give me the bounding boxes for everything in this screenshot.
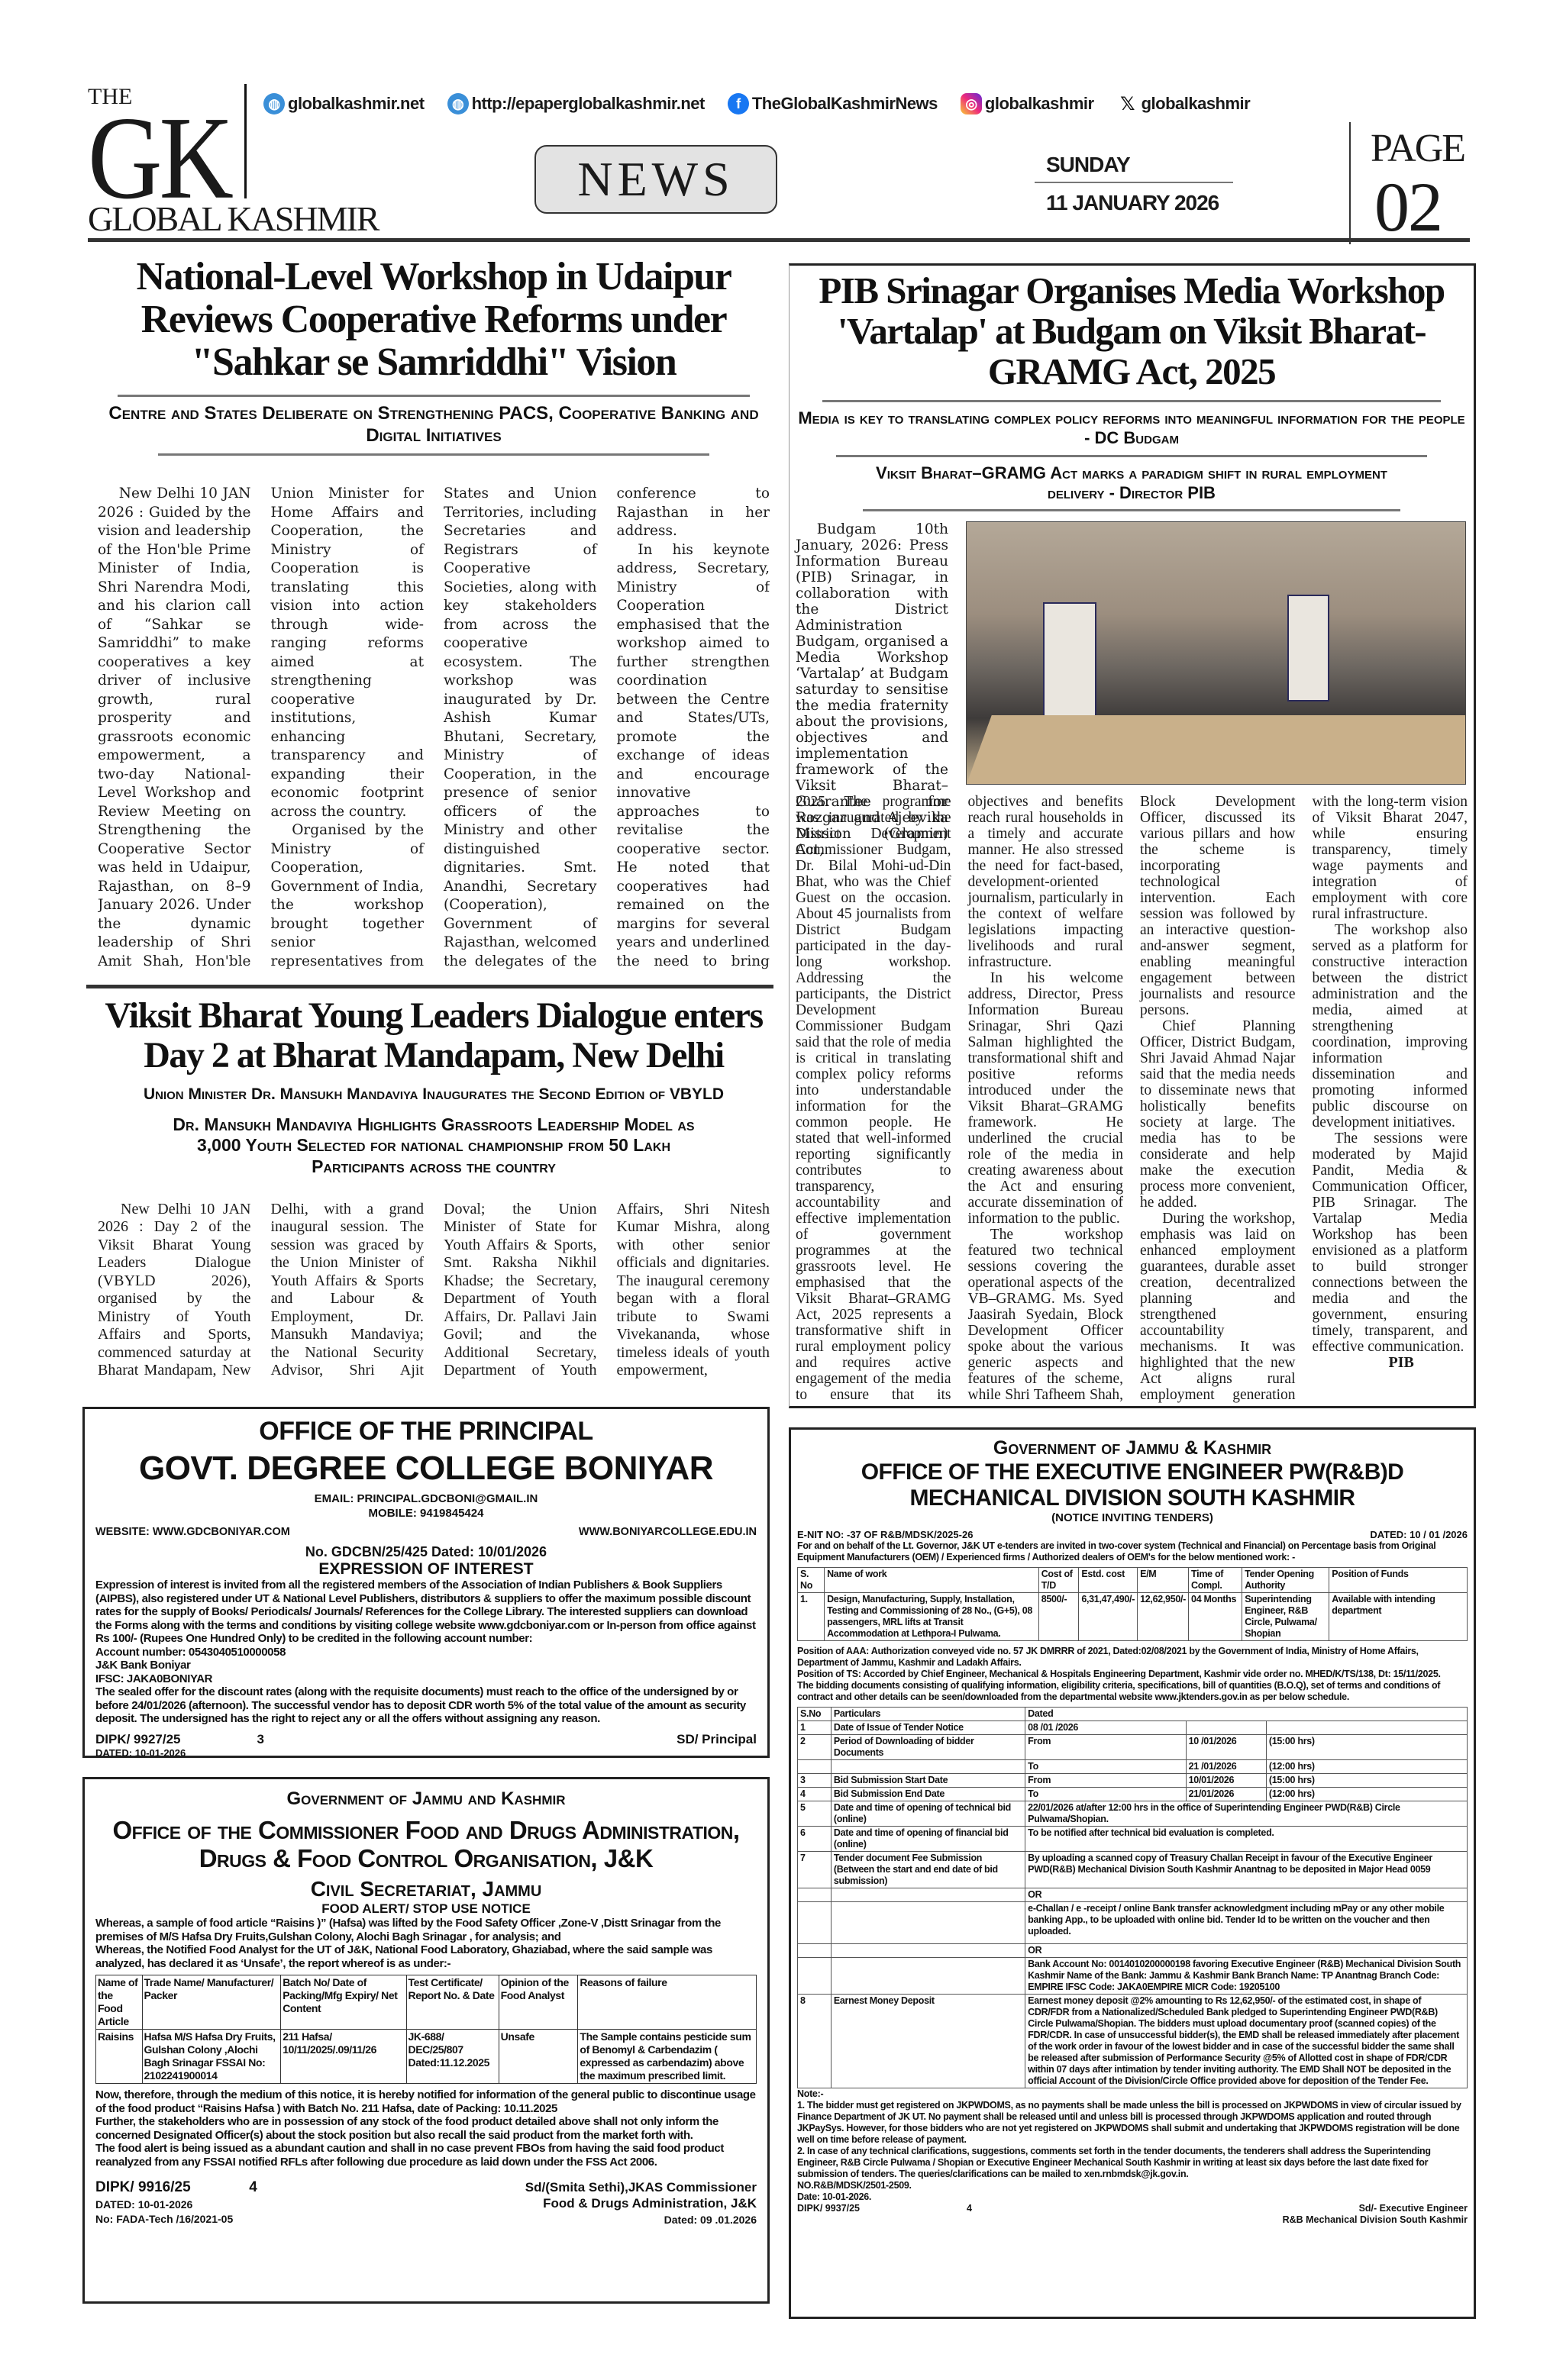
table-row: Raisins Hafsa M/S Hafsa Dry Fruits, Guls… <box>96 2030 757 2084</box>
table-header: S.No <box>798 1708 832 1721</box>
ad-ifsc: IFSC: JAKA0BONIYAR <box>95 1672 757 1686</box>
table-cell: Date and time of opening of financial bi… <box>831 1827 1025 1852</box>
article-headline: Viksit Bharat Young Leaders Dialogue ent… <box>98 996 770 1076</box>
ad-website-right: WWW.BONIYARCOLLEGE.EDU.IN <box>579 1526 757 1538</box>
table-cell <box>1186 1721 1266 1735</box>
table-cell: Date and time of opening of technical bi… <box>831 1801 1025 1827</box>
article-source: PIB <box>1313 1355 1468 1371</box>
table-cell: (15:00 hrs) <box>1266 1774 1467 1788</box>
ad-dated: DATED: 10-01-2026 <box>95 1747 757 1759</box>
ad-note: 2. In case of any technical clarificatio… <box>797 2146 1468 2180</box>
ad-body: Further, the stakeholders who are in pos… <box>95 2115 757 2142</box>
ad-office: OFFICE OF THE EXECUTIVE ENGINEER PW(R&B)… <box>797 1459 1468 1485</box>
ad-account: Account number: 0543040510000058 <box>95 1646 757 1659</box>
workshop-photo: Media Workshop Vartalap session at Budga… <box>966 521 1466 785</box>
ad-body: Now, therefore, through the medium of th… <box>95 2088 757 2115</box>
table-cell: 12,62,950/- <box>1138 1593 1189 1641</box>
masthead: THE GK GLOBAL KASHMIR ◍globalkashmir.net… <box>88 84 1470 240</box>
table-cell: 21/01/2026 <box>1186 1788 1266 1801</box>
ad-government: Government of Jammu and Kashmir <box>95 1788 757 1810</box>
ad-dipk: DIPK/ 9916/25 <box>95 2179 191 2195</box>
table-cell: JK-688/ DEC/25/807 Dated:11.12.2025 <box>406 2030 499 2084</box>
ad-email: EMAIL: PRINCIPAL.GDCBONI@GMAIL.IN <box>95 1492 757 1505</box>
ad-notice-type: FOOD ALERT/ STOP USE NOTICE <box>95 1901 757 1917</box>
table-row: 5Date and time of opening of technical b… <box>798 1801 1468 1827</box>
table-header-row: S.No Particulars Dated <box>798 1708 1468 1721</box>
table-cell <box>831 1888 1025 1902</box>
table-cell: By uploading a scanned copy of Treasury … <box>1025 1852 1468 1888</box>
table-cell: 1. <box>798 1593 825 1641</box>
logo-global-kashmir: GLOBAL KASHMIR <box>88 198 378 239</box>
article-paragraph: In his welcome address, Director, Press … <box>968 970 1124 1227</box>
photo-banner <box>1287 595 1329 701</box>
table-cell <box>798 1888 832 1902</box>
social-link-facebook[interactable]: fTheGlobalKashmirNews <box>728 93 938 114</box>
masthead-rule <box>88 238 1470 242</box>
ad-signatory: Sd/(Smita Sethi),JKAS Commissioner <box>525 2179 757 2195</box>
ad-footer-left: DIPK/ 9916/25 DATED: 10-01-2026 No: FADA… <box>95 2179 233 2228</box>
ad-footer: DIPK/ 9916/25 DATED: 10-01-2026 No: FADA… <box>95 2179 757 2228</box>
ad-dipk: DIPK/ 9927/25 <box>95 1732 181 1747</box>
article-body: New Delhi 10 JAN 2026 : Day 2 of the Vik… <box>98 1201 770 1392</box>
article-subdeck: Dr. Mansukh Mandaviya Highlights Grassro… <box>172 1114 696 1178</box>
table-row: Bank Account No: 0014010200000198 favori… <box>798 1958 1468 1995</box>
table-cell: Tender document Fee Submission (Between … <box>831 1852 1025 1888</box>
article-paragraph: New Delhi 10 JAN 2026 : Day 2 of the Vik… <box>98 1201 770 1392</box>
facebook-icon: f <box>728 93 749 114</box>
table-cell: 1 <box>798 1721 832 1735</box>
rule <box>118 395 749 397</box>
article-headline: PIB Srinagar Organises Media Workshop 'V… <box>796 271 1468 392</box>
table-cell: Bank Account No: 0014010200000198 favori… <box>1025 1958 1468 1995</box>
social-link-website[interactable]: ◍globalkashmir.net <box>263 93 425 114</box>
ad-signature: Sd/(Smita Sethi),JKAS Commissioner Food … <box>525 2179 757 2228</box>
ad-website-left: WEBSITE: WWW.GDCBONIYAR.COM <box>95 1526 290 1538</box>
ad-reference: No. GDCBN/25/425 Dated: 10/01/2026 <box>95 1544 757 1560</box>
table-cell: 21 /01/2026 <box>1186 1760 1266 1774</box>
table-header: Reasons of failure <box>578 1975 757 2030</box>
article-deck: Centre and States Deliberate on Strength… <box>98 403 770 447</box>
ad-food-alert: Government of Jammu and Kashmir Office o… <box>82 1777 770 2304</box>
ad-intro: Whereas, the Notified Food Analyst for t… <box>95 1943 757 1970</box>
table-header: Particulars <box>831 1708 1025 1721</box>
page-number: 02 <box>1374 166 1442 247</box>
article-paragraph: In his keynote address, Secretary, Minis… <box>617 485 770 981</box>
ad-ref-row: E-NIT NO: -37 OF R&B/MDSK/2025-26 DATED:… <box>797 1529 1468 1540</box>
social-link-x[interactable]: 𝕏globalkashmir <box>1117 93 1251 114</box>
ad-body: The food alert is being issued as a abun… <box>95 2142 757 2169</box>
table-cell <box>798 1958 832 1995</box>
table-cell: Bid Submission End Date <box>831 1788 1025 1801</box>
table-cell: To <box>1025 1760 1186 1774</box>
ad-tender-notice: Government of Jammu & Kashmir OFFICE OF … <box>789 1427 1476 2319</box>
table-header: Time of Compl. <box>1189 1568 1242 1593</box>
section-badge: NEWS <box>534 145 777 214</box>
ad-signature-date: Dated: 09 .01.2026 <box>664 2214 757 2226</box>
logo-divider <box>244 84 247 198</box>
ad-date: Date: 10-01-2026. <box>797 2191 1468 2203</box>
table-cell: The Sample contains pesticide sum of Ben… <box>578 2030 757 2084</box>
table-cell: To be notified after technical bid evalu… <box>1025 1827 1468 1852</box>
ad-count: 3 <box>257 1732 677 1747</box>
article-subdeck: Viksit Bharat–GRAMG Act marks a paradigm… <box>863 463 1400 504</box>
issue-full-date: 11 JANUARY 2026 <box>1035 191 1233 215</box>
table-cell: 6,31,47,490/- <box>1079 1593 1138 1641</box>
social-label: globalkashmir.net <box>288 94 425 114</box>
social-label: TheGlobalKashmirNews <box>752 94 938 114</box>
ad-intro: Whereas, a sample of food article “Raisi… <box>95 1917 757 1943</box>
table-row: 1Date of Issue of Tender Notice08 /01 /2… <box>798 1721 1468 1735</box>
table-cell: Available with intending department <box>1329 1593 1468 1641</box>
table-cell: 7 <box>798 1852 832 1888</box>
table-cell: Earnest Money Deposit <box>831 1995 1025 2088</box>
table-row: 7Tender document Fee Submission (Between… <box>798 1852 1468 1888</box>
x-icon: 𝕏 <box>1117 93 1138 114</box>
table-header: Estd. cost <box>1079 1568 1138 1593</box>
article-headline: National-Level Workshop in Udaipur Revie… <box>98 256 770 384</box>
rule <box>863 509 1400 511</box>
table-row: e-Challan / e -receipt / online Bank tra… <box>798 1902 1468 1944</box>
table-header: S. No <box>798 1568 825 1593</box>
table-cell: Superintending Engineer, R&B Circle, Pul… <box>1242 1593 1329 1641</box>
table-cell: 22/01/2026 at/after 12:00 hrs in the off… <box>1025 1801 1468 1827</box>
ad-ts: Position of TS: Accorded by Chief Engine… <box>797 1669 1468 1680</box>
table-cell: From <box>1025 1735 1186 1760</box>
table-cell: (12:00 hrs) <box>1266 1788 1467 1801</box>
table-cell: Earnest money deposit @2% amounting to R… <box>1025 1995 1468 2088</box>
ad-bank: J&K Bank Boniyar <box>95 1659 757 1672</box>
ad-signature: Sd/- Executive Engineer R&B Mechanical D… <box>1283 2203 1468 2226</box>
article-deck: Media is key to translating complex poli… <box>796 408 1468 449</box>
table-header: Trade Name/ Manufacturer/ Packer <box>142 1975 281 2030</box>
table-header: Test Certificate/ Report No. & Date <box>406 1975 499 2030</box>
table-header: Dated <box>1025 1708 1468 1721</box>
table-cell: 3 <box>798 1774 832 1788</box>
ad-government: Government of Jammu & Kashmir <box>797 1437 1468 1459</box>
table-row: 8Earnest Money DepositEarnest money depo… <box>798 1995 1468 2088</box>
ad-signatory: Sd/- Executive Engineer <box>1359 2203 1468 2214</box>
table-row: To21 /01/2026(12:00 hrs) <box>798 1760 1468 1774</box>
table-cell: 4 <box>798 1788 832 1801</box>
globe-icon: ◍ <box>447 93 469 114</box>
table-cell: 10/01/2026 <box>1186 1774 1266 1788</box>
ad-closing: The sealed offer for the discount rates … <box>95 1685 757 1726</box>
table-cell: 8500/- <box>1038 1593 1079 1641</box>
table-header: E/M <box>1138 1568 1189 1593</box>
table-header: Name of the Food Article <box>96 1975 143 2030</box>
issue-date: SUNDAY 11 JANUARY 2026 <box>1035 153 1233 215</box>
social-label: globalkashmir <box>985 94 1094 114</box>
table-cell: Unsafe <box>499 2030 578 2084</box>
ad-note: 1. The bidder must get registered on JKP… <box>797 2100 1468 2146</box>
article-deck: Union Minister Dr. Mansukh Mandaviya Ina… <box>98 1085 770 1104</box>
article-vbyld: Viksit Bharat Young Leaders Dialogue ent… <box>98 996 770 1392</box>
instagram-icon: ◎ <box>961 93 982 114</box>
ad-footer: DIPK/ 9937/25 4 Sd/- Executive Engineer … <box>797 2203 1468 2226</box>
table-cell <box>798 1944 832 1958</box>
ad-footer: DIPK/ 9927/25 3 SD/ Principal <box>95 1732 757 1747</box>
table-cell <box>798 1902 832 1944</box>
table-cell: Period of Downloading of bidder Document… <box>831 1735 1025 1760</box>
table-header: Cost of T/D <box>1038 1568 1079 1593</box>
ad-title: OFFICE OF THE PRINCIPAL <box>95 1417 757 1446</box>
ad-location: Civil Secretariat, Jammu <box>95 1877 757 1901</box>
ad-enit: E-NIT NO: -37 OF R&B/MDSK/2025-26 <box>797 1529 973 1540</box>
photo-banner <box>1043 602 1096 724</box>
rule <box>836 455 1427 457</box>
table-cell: 10 /01/2026 <box>1186 1735 1266 1760</box>
table-cell: To <box>1025 1788 1186 1801</box>
ad-heading: EXPRESSION OF INTEREST <box>95 1560 757 1579</box>
table-row: 3Bid Submission Start DateFrom10/01/2026… <box>798 1774 1468 1788</box>
table-row: 6Date and time of opening of financial b… <box>798 1827 1468 1852</box>
table-cell <box>831 1902 1025 1944</box>
table-cell: 8 <box>798 1995 832 2088</box>
table-cell <box>1266 1721 1467 1735</box>
table-cell: Bid Submission Start Date <box>831 1774 1025 1788</box>
article-cooperative-workshop: National-Level Workshop in Udaipur Revie… <box>98 256 770 981</box>
table-cell: 211 Hafsa/ 10/11/2025/.09/11/26 <box>281 2030 406 2084</box>
rule <box>822 400 1441 402</box>
table-cell: 04 Months <box>1189 1593 1242 1641</box>
table-row: 1. Design, Manufacturing, Supply, Instal… <box>798 1593 1468 1641</box>
issue-day: SUNDAY <box>1035 153 1233 183</box>
food-alert-table: Name of the Food Article Trade Name/ Man… <box>95 1975 757 2084</box>
page-label: PAGE <box>1371 126 1464 171</box>
ad-aaa: Position of AAA: Authorization conveyed … <box>797 1646 1468 1669</box>
section-divider <box>86 985 773 988</box>
ad-mobile: MOBILE: 9419845424 <box>95 1507 757 1520</box>
table-cell <box>798 1760 832 1774</box>
article-pib-vartalap: PIB Srinagar Organises Media Workshop 'V… <box>796 271 1468 518</box>
ad-subtitle: (NOTICE INVITING TENDERS) <box>797 1511 1468 1524</box>
ad-ref-no: NO.R&B/MDSK/2501-2509. <box>797 2180 1468 2191</box>
ad-count: 4 <box>249 2179 257 2228</box>
ad-dated: DATED: 10 / 01 /2026 <box>1370 1529 1468 1540</box>
ad-division: MECHANICAL DIVISION SOUTH KASHMIR <box>797 1485 1468 1511</box>
ad-intro: For and on behalf of the Lt. Governor, J… <box>797 1540 1468 1563</box>
table-cell: e-Challan / e -receipt / online Bank tra… <box>1025 1902 1468 1944</box>
ad-note-label: Note:- <box>797 2088 1468 2100</box>
table-row: OR <box>798 1888 1468 1902</box>
table-cell <box>831 1944 1025 1958</box>
table-header: Name of work <box>825 1568 1039 1593</box>
ad-signature: SD/ Principal <box>677 1732 757 1747</box>
ad-websites: WEBSITE: WWW.GDCBONIYAR.COM WWW.BONIYARC… <box>95 1526 757 1538</box>
table-cell: From <box>1025 1774 1186 1788</box>
schedule-table: S.No Particulars Dated 1Date of Issue of… <box>797 1707 1468 2088</box>
social-link-epaper[interactable]: ◍http://epaperglobalkashmir.net <box>447 93 705 114</box>
ad-signatory-office: Food & Drugs Administration, J&K <box>525 2195 757 2211</box>
photo-alt: Media Workshop Vartalap session at Budga… <box>967 522 984 523</box>
table-cell: (15:00 hrs) <box>1266 1735 1467 1760</box>
table-cell: OR <box>1025 1888 1468 1902</box>
ad-institution: GOVT. DEGREE COLLEGE BONIYAR <box>95 1450 757 1488</box>
table-cell: OR <box>1025 1944 1468 1958</box>
table-row: 4Bid Submission End DateTo21/01/2026(12:… <box>798 1788 1468 1801</box>
table-cell <box>831 1760 1025 1774</box>
rule <box>158 453 709 456</box>
table-header: Batch No/ Date of Packing/Mfg Expiry/ Ne… <box>281 1975 406 2030</box>
table-header: Position of Funds <box>1329 1568 1468 1593</box>
ad-dipk: DIPK/ 9937/25 <box>797 2203 860 2226</box>
table-header: Tender Opening Authority <box>1242 1568 1329 1593</box>
ad-count: 4 <box>860 2203 1283 2226</box>
globe-icon: ◍ <box>263 93 285 114</box>
table-cell: Raisins <box>96 2030 143 2084</box>
ad-body: Expression of interest is invited from a… <box>95 1579 757 1646</box>
table-cell: 08 /01 /2026 <box>1025 1721 1186 1735</box>
social-label: globalkashmir <box>1142 94 1251 114</box>
table-header-row: Name of the Food Article Trade Name/ Man… <box>96 1975 757 2030</box>
ad-signatory-office: R&B Mechanical Division South Kashmir <box>1283 2214 1468 2225</box>
article-paragraph: Chief Planning Officer, District Budgam,… <box>1140 1018 1296 1211</box>
article-paragraph: The workshop also served as a platform f… <box>1313 922 1468 1130</box>
table-cell: Hafsa M/S Hafsa Dry Fruits, Gulshan Colo… <box>142 2030 281 2084</box>
social-label: http://epaperglobalkashmir.net <box>472 94 705 114</box>
table-cell: Date of Issue of Tender Notice <box>831 1721 1025 1735</box>
ad-dated: DATED: 10-01-2026 <box>95 2198 233 2211</box>
ad-gdc-boniyar: OFFICE OF THE PRINCIPAL GOVT. DEGREE COL… <box>82 1407 770 1758</box>
ad-office: Office of the Commissioner Food and Drug… <box>95 1816 757 1872</box>
table-cell: Design, Manufacturing, Supply, Installat… <box>825 1593 1039 1641</box>
table-cell: 6 <box>798 1827 832 1852</box>
social-links: ◍globalkashmir.net ◍http://epaperglobalk… <box>263 93 1250 114</box>
table-cell: 5 <box>798 1801 832 1827</box>
article-paragraph: The sessions were moderated by Majid Pan… <box>1313 1130 1468 1355</box>
ad-file-no: No: FADA-Tech /16/2021-05 <box>95 2213 233 2225</box>
table-row: OR <box>798 1944 1468 1958</box>
table-row: 2Period of Downloading of bidder Documen… <box>798 1735 1468 1760</box>
work-table: S. No Name of work Cost of T/D Estd. cos… <box>797 1567 1468 1641</box>
social-link-instagram[interactable]: ◎globalkashmir <box>961 93 1094 114</box>
ad-bidding: The bidding documents consisting of qual… <box>797 1680 1468 1703</box>
photo-table <box>967 715 1466 784</box>
table-header-row: S. No Name of work Cost of T/D Estd. cos… <box>798 1568 1468 1593</box>
table-cell <box>831 1958 1025 1995</box>
table-cell: 2 <box>798 1735 832 1760</box>
table-cell: (12:00 hrs) <box>1266 1760 1467 1774</box>
page-divider <box>1349 122 1351 244</box>
article-body: 2025. The programme was inaugurated by t… <box>796 794 1468 1404</box>
article-body: New Delhi 10 JAN 2026 : Guided by the vi… <box>98 485 770 981</box>
table-header: Opinion of the Food Analyst <box>499 1975 578 2030</box>
